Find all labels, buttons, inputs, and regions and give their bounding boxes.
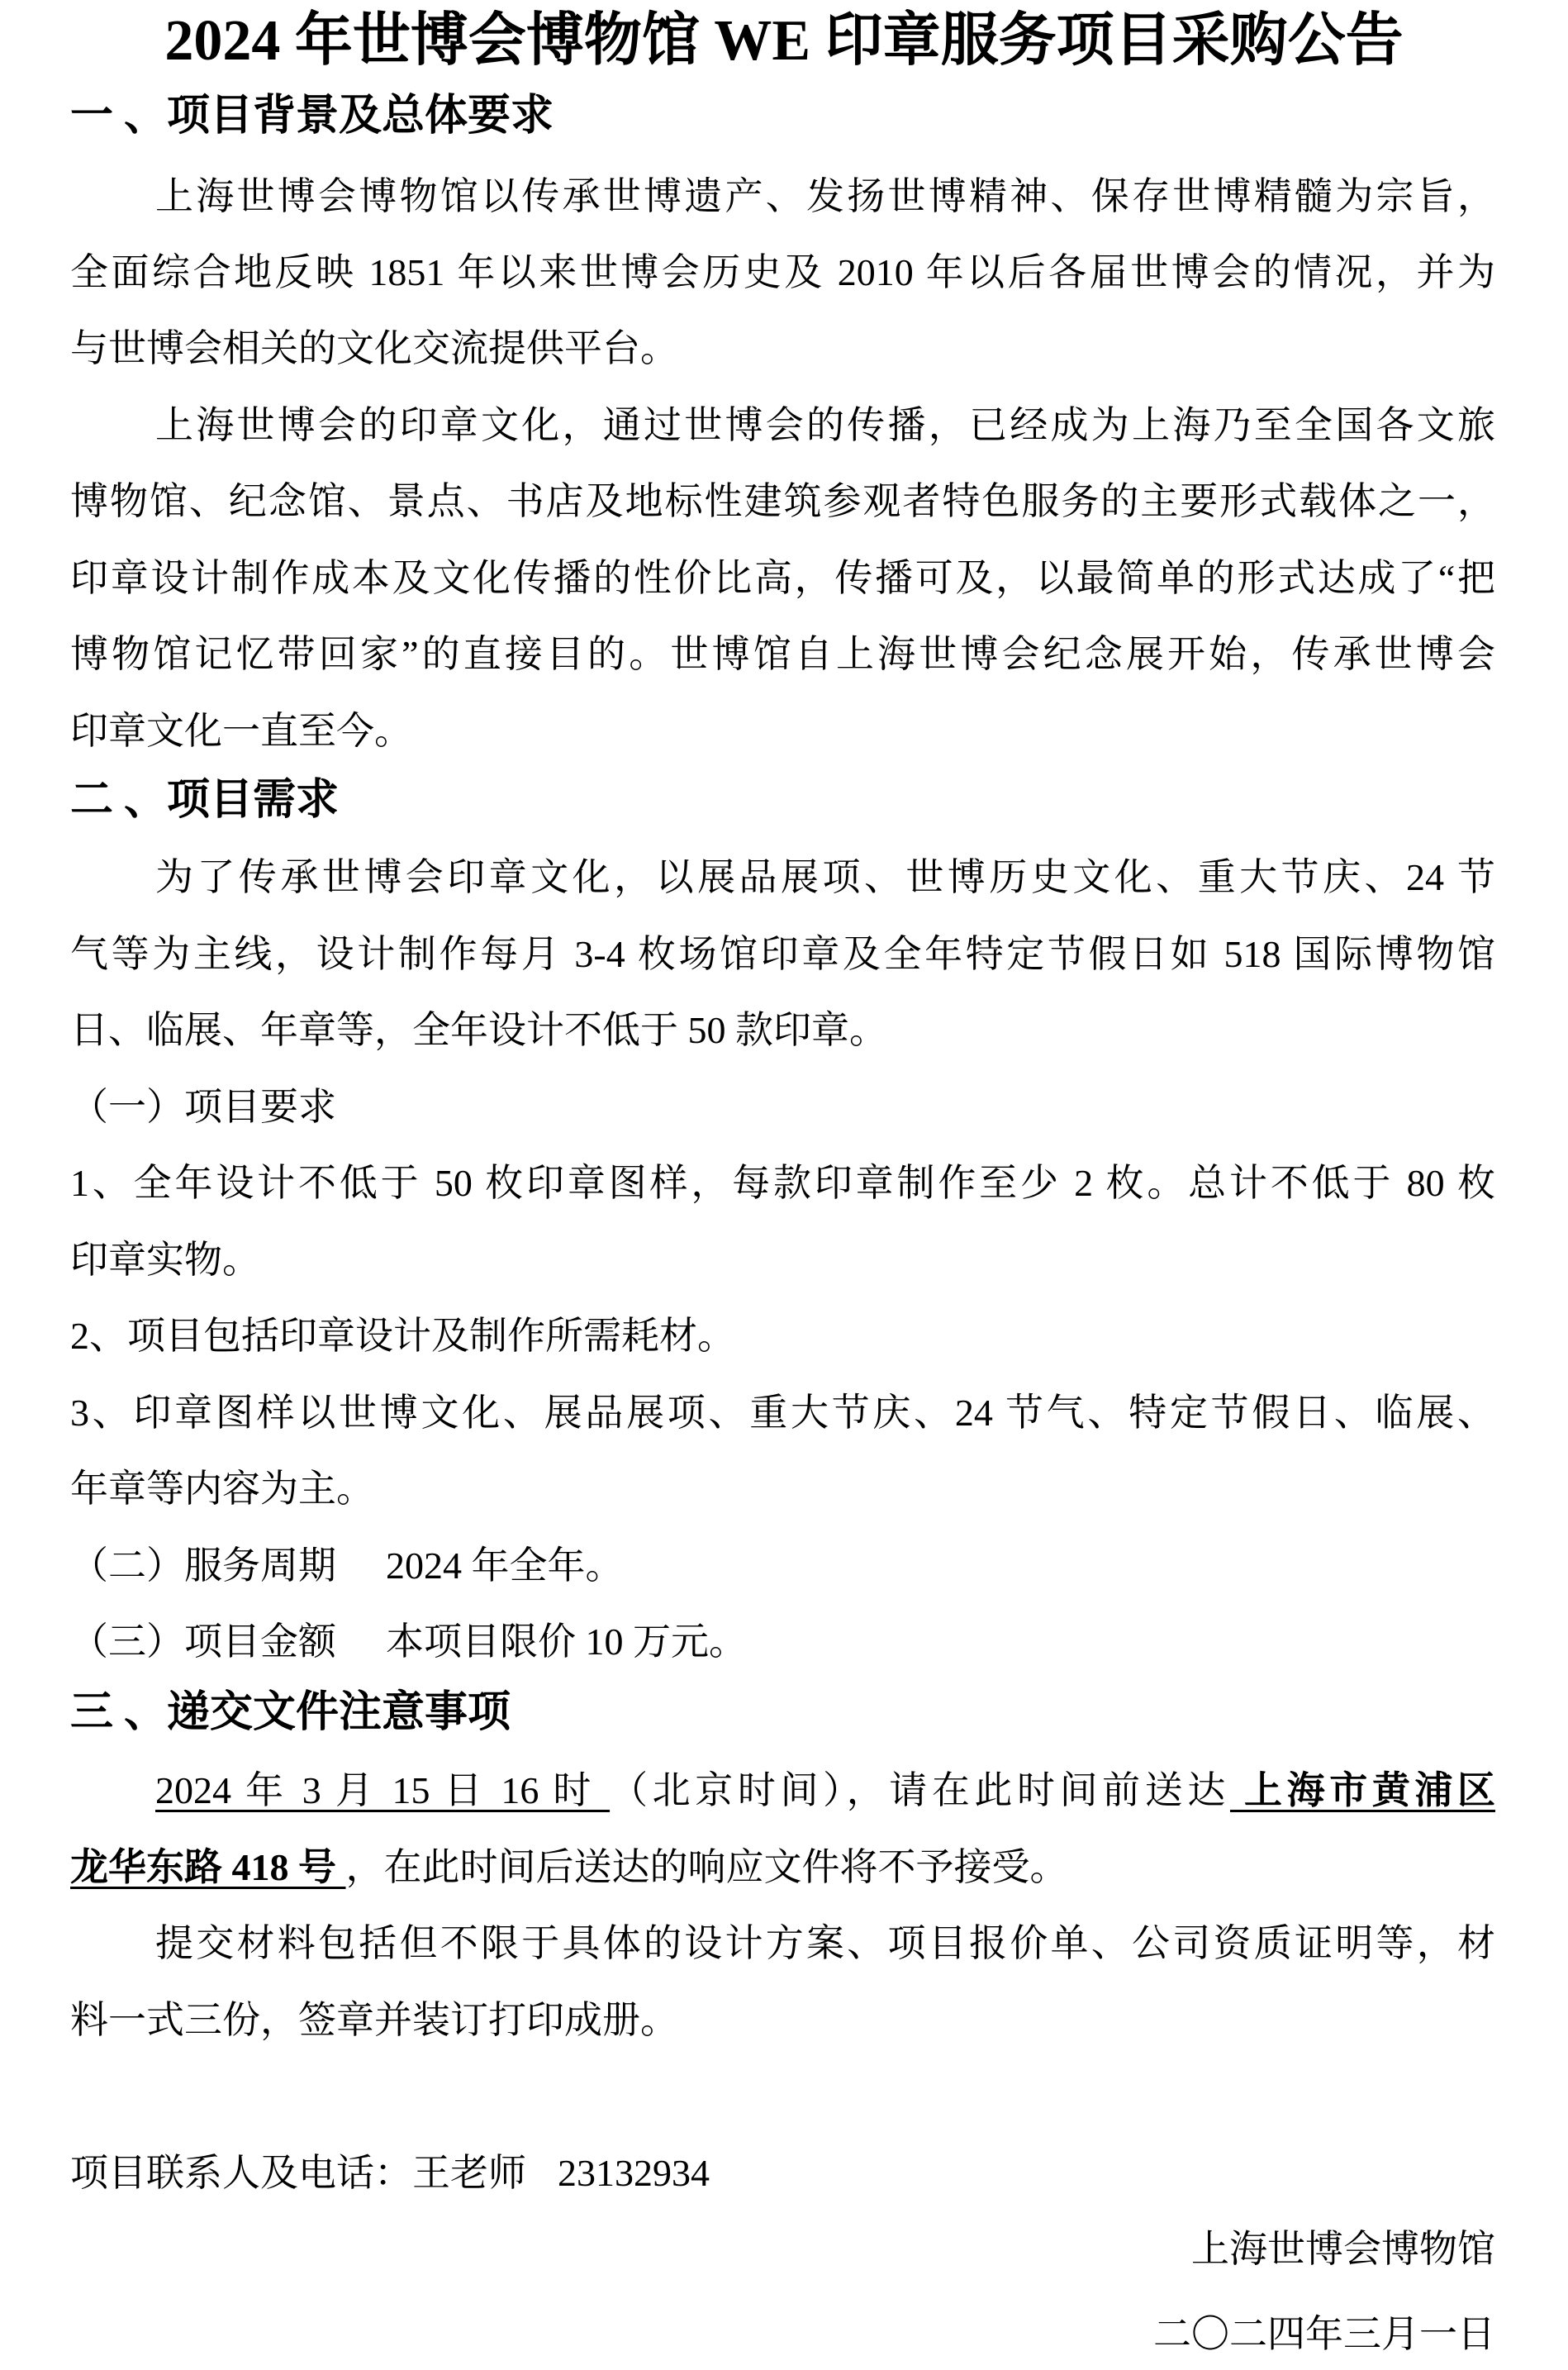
contact-line: 项目联系人及电话：王老师23132934 <box>70 2149 1495 2198</box>
paragraph-line: 上海世博会博物馆以传承世博遗产、发扬世博精神、保存世博精髓为宗旨， <box>70 172 1495 221</box>
subsection-heading-project-requirements: （一）项目要求 <box>70 1083 1495 1132</box>
deadline-suffix: ，在此时间后送达的响应文件将不予接受。 <box>346 1846 1068 1888</box>
delivery-address-part1: 上海市黄浦区 <box>1230 1769 1495 1811</box>
paragraph-line: 印章文化一直至今。 <box>70 707 1495 756</box>
paragraph-line: 全面综合地反映 1851 年以来世博会历史及 2010 年以后各届世博会的情况，… <box>70 248 1495 297</box>
deadline-datetime: 2024 年 3 月 15 日 16 时 <box>155 1769 610 1811</box>
paragraph-line: 为了传承世博会印章文化，以展品展项、世博历史文化、重大节庆、24 节 <box>70 853 1495 902</box>
service-period-row: （二）服务周期2024 年全年。 <box>70 1541 1495 1591</box>
materials-line: 提交材料包括但不限于具体的设计方案、项目报价单、公司资质证明等，材 <box>70 1919 1495 1968</box>
requirement-item-1-cont: 印章实物。 <box>70 1235 1495 1285</box>
project-amount-row: （三）项目金额本项目限价 10 万元。 <box>70 1617 1495 1667</box>
project-amount-value: 本项目限价 10 万元。 <box>386 1620 747 1663</box>
materials-line: 料一式三份，签章并装订打印成册。 <box>70 1996 1495 2045</box>
paragraph-line: 上海世博会的印章文化，通过世博会的传播，已经成为上海乃至全国各文旅 <box>70 401 1495 450</box>
signature-organization: 上海世博会博物馆 <box>1191 2225 1495 2274</box>
requirement-item-3: 3、印章图样以世博文化、展品展项、重大节庆、24 节气、特定节假日、临展、 <box>70 1388 1495 1438</box>
service-period-label: （二）服务周期 <box>70 1544 336 1587</box>
requirement-item-2: 2、项目包括印章设计及制作所需耗材。 <box>70 1311 1495 1361</box>
signature-date: 二〇二四年三月一日 <box>1153 2310 1495 2359</box>
paragraph-line: 印章设计制作成本及文化传播的性价比高，传播可及，以最简单的形式达成了“把 <box>70 554 1495 603</box>
service-period-value: 2024 年全年。 <box>386 1544 624 1587</box>
deadline-timezone-note: （北京时间），请在此时间前送达 <box>610 1769 1230 1811</box>
section-heading-requirements: 二 、项目需求 <box>70 772 339 830</box>
contact-phone: 23132934 <box>558 2152 710 2194</box>
paragraph-line: 博物馆记忆带回家”的直接目的。世博馆自上海世博会纪念展开始，传承世博会 <box>70 630 1495 679</box>
contact-label: 项目联系人及电话：王老师 <box>70 2152 526 2194</box>
paragraph-line: 日、临展、年章等，全年设计不低于 50 款印章。 <box>70 1006 1495 1055</box>
project-amount-label: （三）项目金额 <box>70 1620 336 1663</box>
section-heading-submission: 三 、递交文件注意事项 <box>70 1684 511 1742</box>
requirement-item-3-cont: 年章等内容为主。 <box>70 1464 1495 1514</box>
paragraph-line: 博物馆、纪念馆、景点、书店及地标性建筑参观者特色服务的主要形式载体之一， <box>70 477 1495 526</box>
paragraph-line: 与世博会相关的文化交流提供平台。 <box>70 324 1495 374</box>
deadline-line-cont: 龙华东路 418 号 ，在此时间后送达的响应文件将不予接受。 <box>70 1843 1495 1892</box>
announcement-page: 2024 年世博会博物馆 WE 印章服务项目采购公告 一 、项目背景及总体要求 … <box>0 0 1568 2370</box>
requirement-item-1: 1、全年设计不低于 50 枚印章图样，每款印章制作至少 2 枚。总计不低于 80… <box>70 1159 1495 1208</box>
delivery-address-part2: 龙华东路 418 号 <box>70 1846 346 1888</box>
paragraph-line: 气等为主线，设计制作每月 3-4 枚场馆印章及全年特定节假日如 518 国际博物… <box>70 930 1495 979</box>
document-title: 2024 年世博会博物馆 WE 印章服务项目采购公告 <box>0 7 1568 76</box>
deadline-line: 2024 年 3 月 15 日 16 时 （北京时间），请在此时间前送达 上海市… <box>70 1766 1495 1816</box>
section-heading-background: 一 、项目背景及总体要求 <box>70 88 554 145</box>
